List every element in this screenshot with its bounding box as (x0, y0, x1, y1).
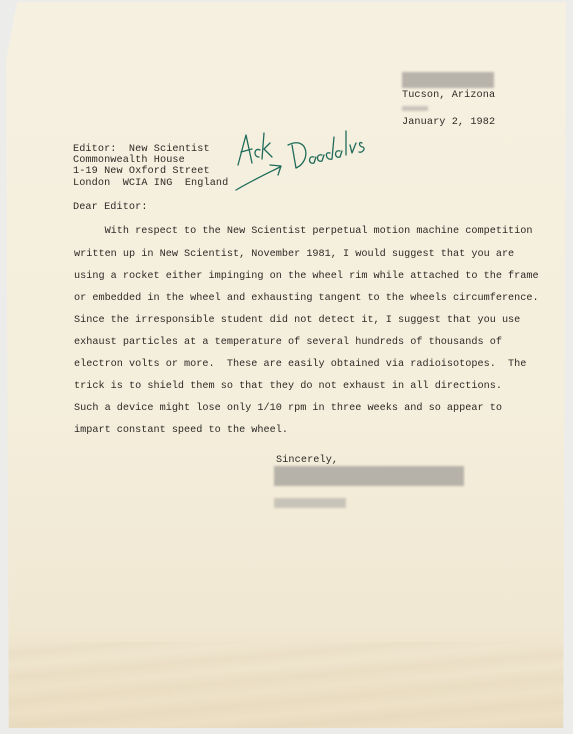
closing: Sincerely, (276, 455, 338, 466)
body-line: Such a device might lose only 1/10 rpm i… (74, 403, 502, 414)
redacted-zip (402, 106, 428, 111)
recipient-line-1: Editor: New Scientist (73, 144, 210, 155)
body-line: trick is to shield them so that they do … (74, 381, 502, 392)
body-line: impart constant speed to the wheel. (74, 425, 288, 436)
recipient-line-2: Commonwealth House (73, 155, 185, 166)
handwritten-annotation (228, 105, 378, 200)
body-line: or embedded in the wheel and exhausting … (74, 293, 539, 304)
body-line: exhaust particles at a temperature of se… (74, 337, 502, 348)
redacted-signature (274, 466, 464, 486)
body-line: electron volts or more. These are easily… (74, 359, 526, 370)
body-line: written up in New Scientist, November 19… (74, 249, 514, 260)
salutation: Dear Editor: (73, 202, 148, 213)
recipient-line-4: London WCIA ING England (73, 178, 228, 189)
letter-date: January 2, 1982 (402, 117, 495, 128)
body-line: Since the irresponsible student did not … (74, 315, 520, 326)
redacted-typed-name (274, 498, 346, 508)
redacted-sender-name (402, 72, 494, 88)
body-line: using a rocket either impinging on the w… (74, 271, 539, 282)
sender-city: Tucson, Arizona (402, 90, 495, 101)
body-line: With respect to the New Scientist perpet… (74, 226, 533, 237)
recipient-line-3: 1-19 New Oxford Street (73, 166, 210, 177)
